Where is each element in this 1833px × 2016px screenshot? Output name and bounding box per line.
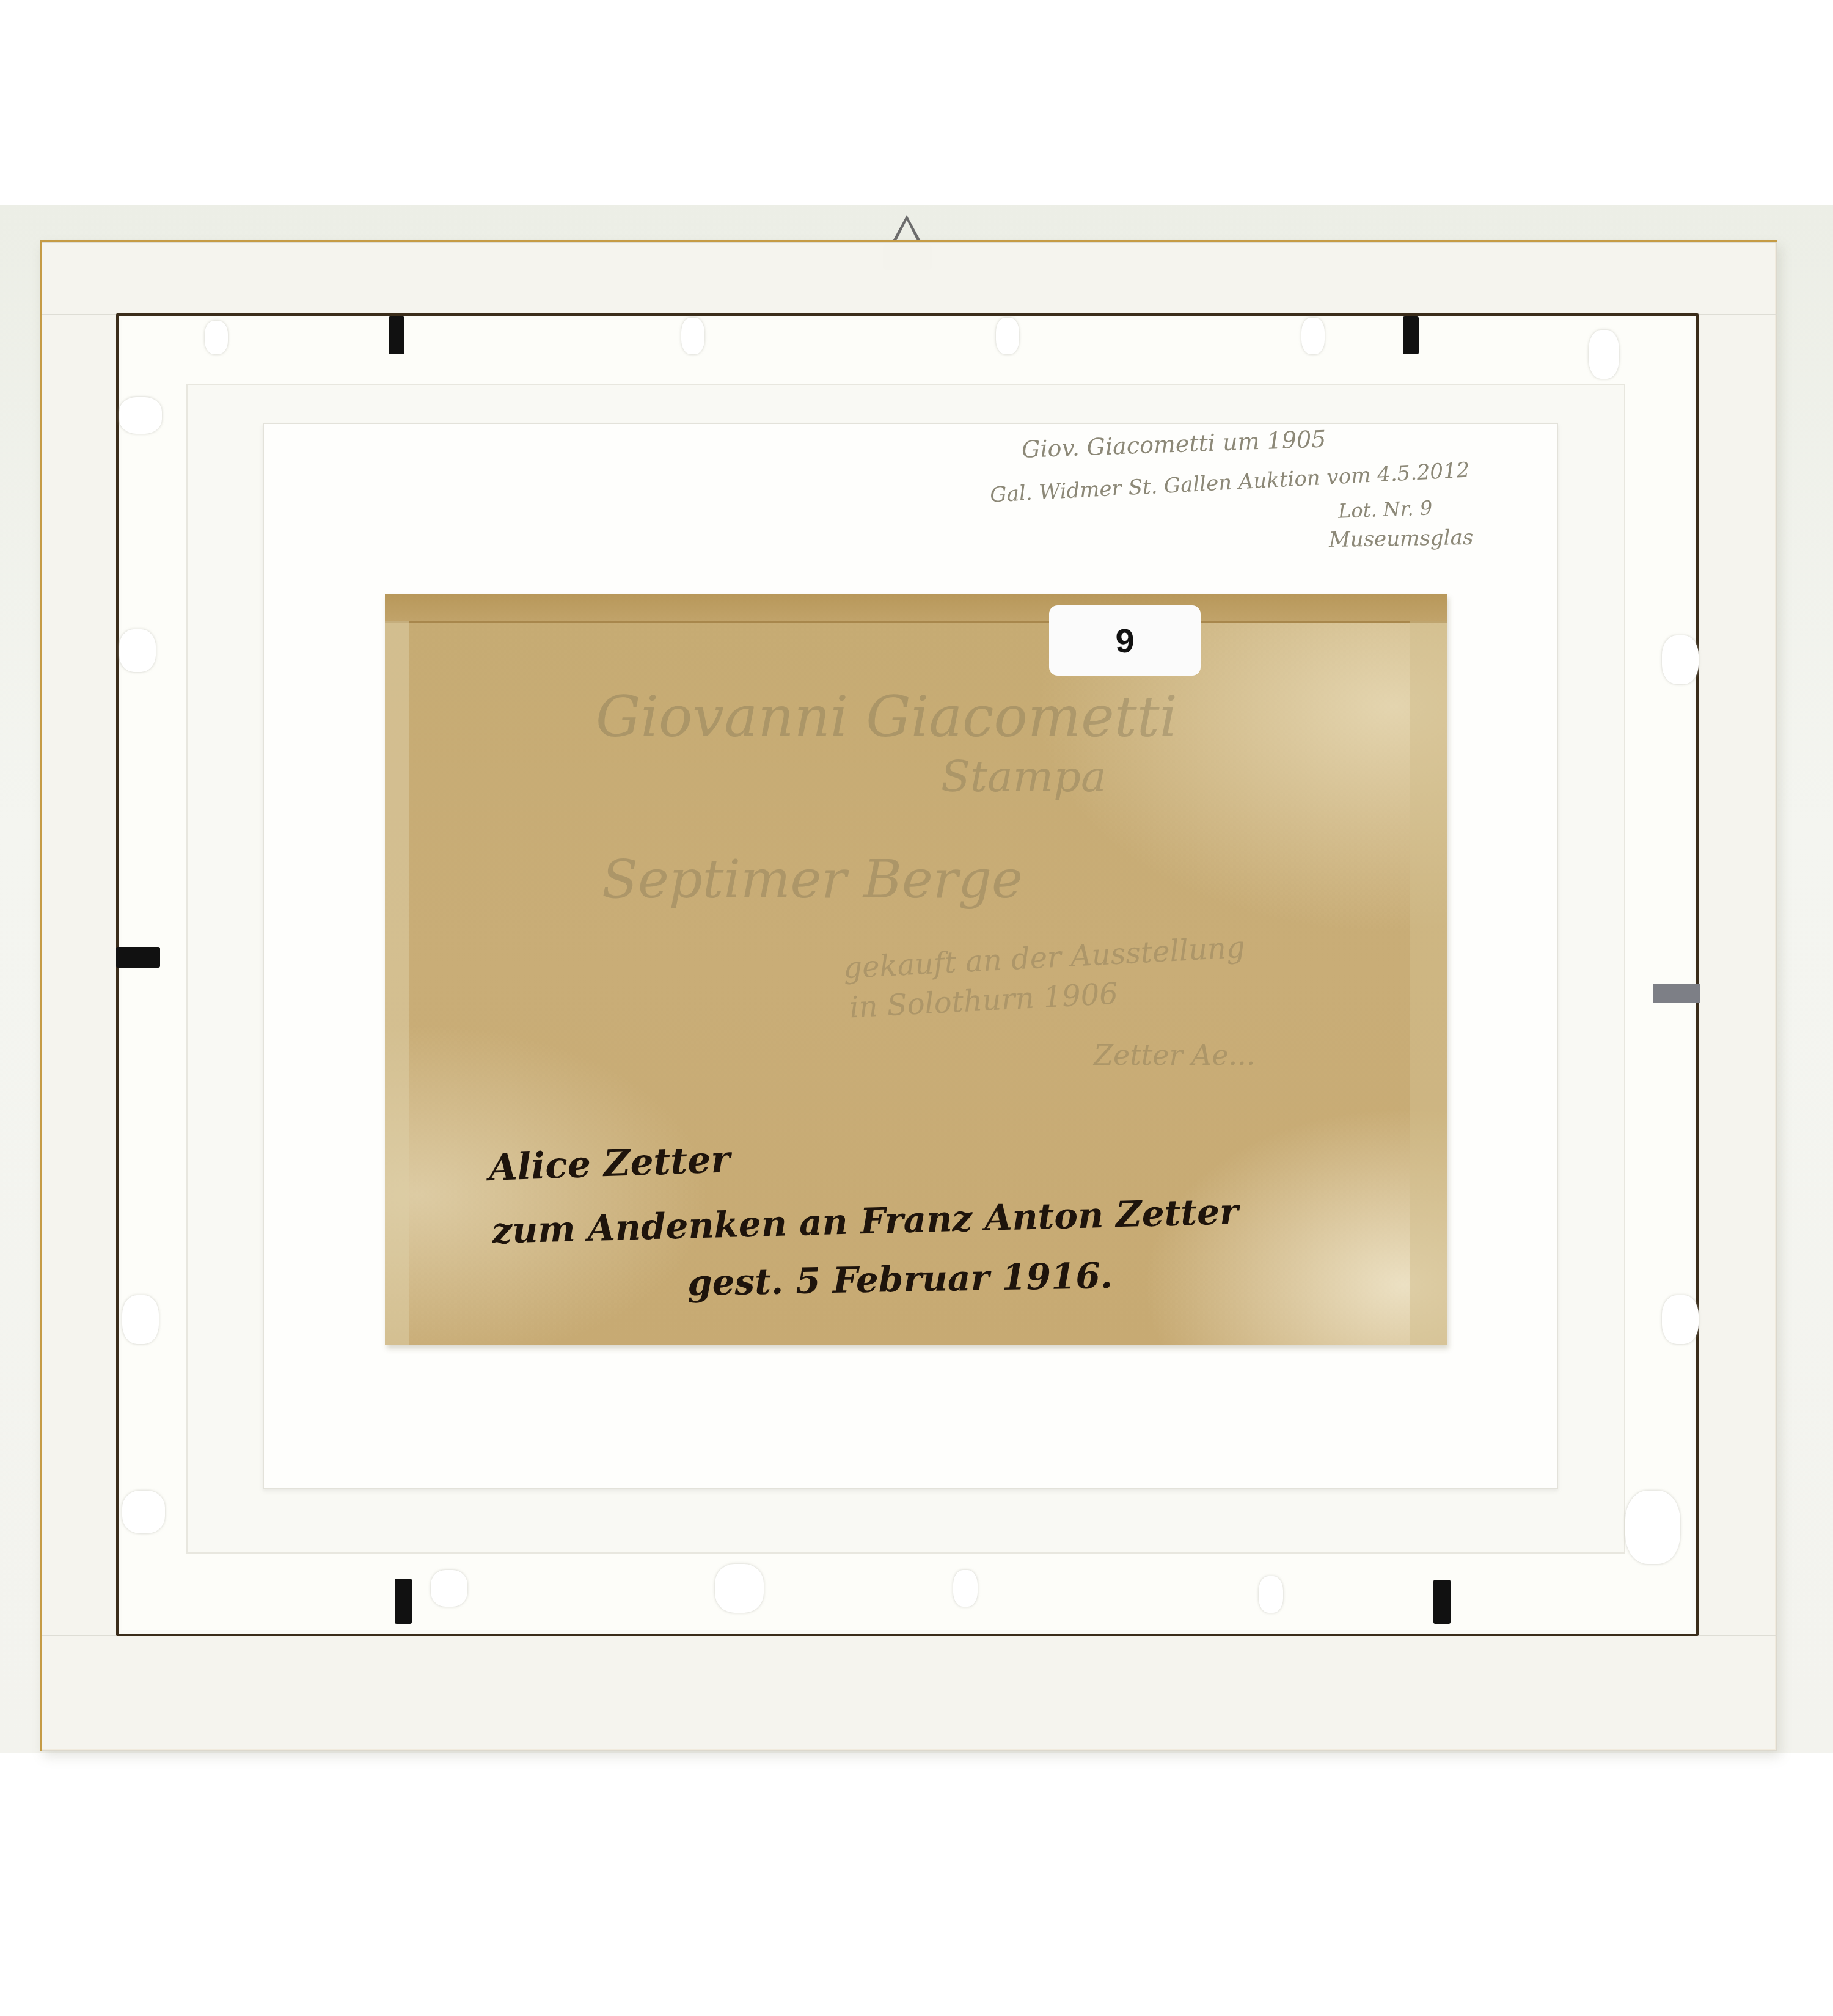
cardboard-tape-right	[1410, 621, 1447, 1345]
clip-left-middle-icon	[116, 947, 160, 968]
pencil-inscription-line-3: Septimer Berge	[602, 849, 1023, 910]
mat-annotation-line-4: Museumsglas	[1329, 525, 1474, 552]
glue-tab	[122, 1491, 165, 1533]
glue-tab	[715, 1564, 764, 1613]
cardboard-tape-top	[385, 594, 1447, 623]
glue-tab	[1259, 1576, 1283, 1613]
cardboard-tape-left	[385, 621, 409, 1345]
glue-tab	[1625, 1491, 1680, 1564]
pencil-inscription-line-6: Zetter Ae...	[1094, 1039, 1255, 1072]
clip-top-left-icon	[389, 316, 404, 354]
glue-tab	[1662, 635, 1699, 684]
tape-strip-right	[1699, 314, 1777, 1636]
pencil-inscription-line-2: Stampa	[941, 751, 1107, 802]
tape-strip-top	[42, 242, 1777, 315]
glue-tab	[681, 318, 704, 354]
clip-bottom-right-icon	[1433, 1580, 1451, 1624]
clip-top-right-icon	[1403, 316, 1419, 354]
clip-bottom-left-icon	[395, 1579, 412, 1624]
glue-tab	[119, 397, 162, 434]
tape-strip-bottom	[42, 1635, 1777, 1751]
glue-tab	[1301, 318, 1325, 354]
mat-annotation-line-3: Lot. Nr. 9	[1337, 496, 1432, 522]
clip-right-middle-icon	[1653, 984, 1700, 1003]
pencil-inscription-line-1: Giovanni Giacometti	[596, 684, 1177, 750]
ink-inscription-line-1: Alice Zetter	[488, 1138, 731, 1189]
ink-inscription-line-3: gest. 5 Februar 1916.	[687, 1255, 1113, 1304]
glue-tab	[1662, 1295, 1699, 1344]
lot-number-label: 9	[1049, 605, 1201, 676]
glue-tab	[431, 1570, 467, 1607]
tape-strip-left	[42, 314, 117, 1636]
glue-tab	[996, 318, 1019, 354]
glue-tab	[119, 629, 156, 672]
glue-tab	[953, 1570, 978, 1607]
glue-tab	[205, 321, 228, 354]
glue-tab	[1589, 330, 1619, 379]
glue-tab	[122, 1295, 159, 1344]
